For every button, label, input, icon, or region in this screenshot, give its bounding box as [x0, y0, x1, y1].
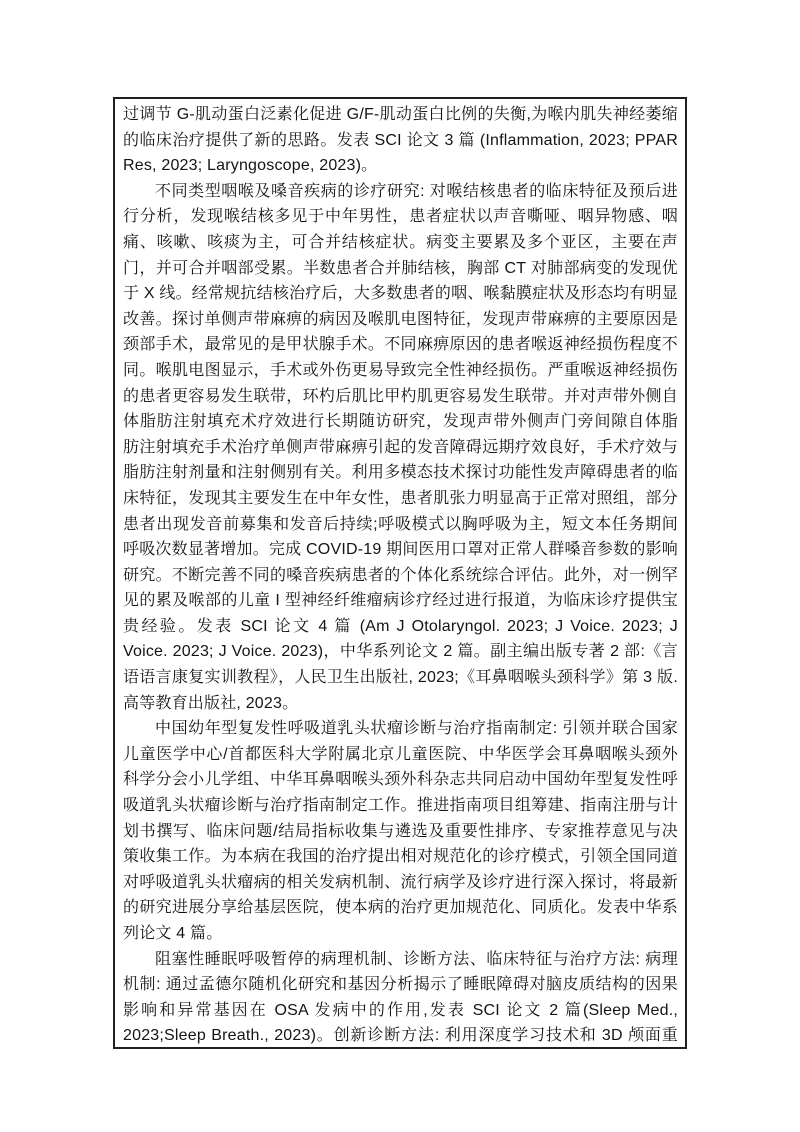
- report-text-box: 过调节 G-肌动蛋白泛素化促进 G/F-肌动蛋白比例的失衡,为喉内肌失神经萎缩的…: [113, 97, 687, 1049]
- paragraph-voice-disease-research: 不同类型咽喉及嗓音疾病的诊疗研究: 对喉结核患者的临床特征及预后进行分析，发现喉…: [123, 179, 678, 716]
- paragraph-continuation-larynx-muscle: 过调节 G-肌动蛋白泛素化促进 G/F-肌动蛋白比例的失衡,为喉内肌失神经萎缩的…: [123, 102, 678, 179]
- document-page: 过调节 G-肌动蛋白泛素化促进 G/F-肌动蛋白比例的失衡,为喉内肌失神经萎缩的…: [0, 0, 800, 1132]
- paragraph-osa-research: 阻塞性睡眠呼吸暂停的病理机制、诊断方法、临床特征与治疗方法: 病理机制: 通过孟…: [123, 947, 678, 1049]
- paragraph-jorrp-guideline: 中国幼年型复发性呼吸道乳头状瘤诊断与治疗指南制定: 引领并联合国家儿童医学中心/…: [123, 716, 678, 946]
